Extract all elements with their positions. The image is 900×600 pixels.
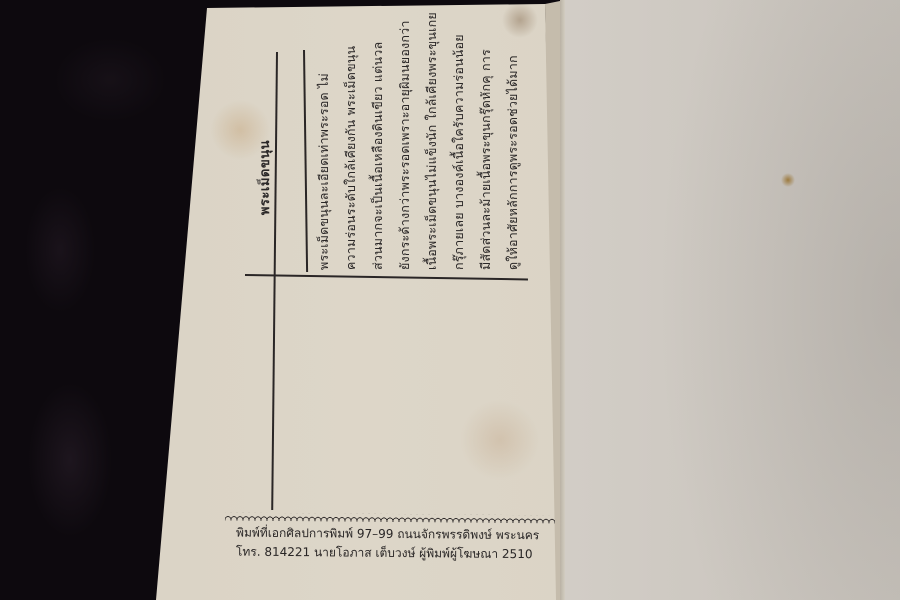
text-line: ความร่อนระดับใกล้เคียงกัน พระเม็ดขนุน xyxy=(337,48,364,270)
text-line: เนื้อพระเม็ดขนุนไม่แข็งนัก ใกล้เคียงพระข… xyxy=(418,48,445,270)
text-line: กรุ๊ภายเลย บางองค์เนื้อใครับความร่อนน้อย xyxy=(445,48,472,270)
text-line: มีสัดส่วนละม้ายเนื้อพระขุนกรุ๊ดหักคุ การ xyxy=(472,48,499,270)
rotated-paragraph: พระเม็ดขนุนละเอียดเท่าพระรอด ไม่ ความร่อ… xyxy=(310,48,530,270)
text-line: ส่วนมากจะเป็นเนื้อเหลืองดินเขียว แต่นวล xyxy=(364,48,391,270)
table-heading: พระเม็ดขนุน xyxy=(255,140,276,215)
imprint-line-2: โทร. 814221 นายโอภาส เต็บวงษ์ ผู้พิมพ์ผู… xyxy=(236,543,556,565)
text-line: ยังกระด้างกว่าพระรอดเพราะอายุผิมนยองกว่า xyxy=(391,48,418,270)
text-line: พระเม็ดขนุนละเอียดเท่าพระรอด ไม่ xyxy=(310,48,337,270)
text-line: ดูให้อาศัยหลักการดูพระรอดช่วยได้มาก xyxy=(499,48,526,270)
printer-imprint: พิมพ์ที่เอกศิลปการพิมพ์ 97–99 ถนนจักรพรร… xyxy=(236,524,556,565)
